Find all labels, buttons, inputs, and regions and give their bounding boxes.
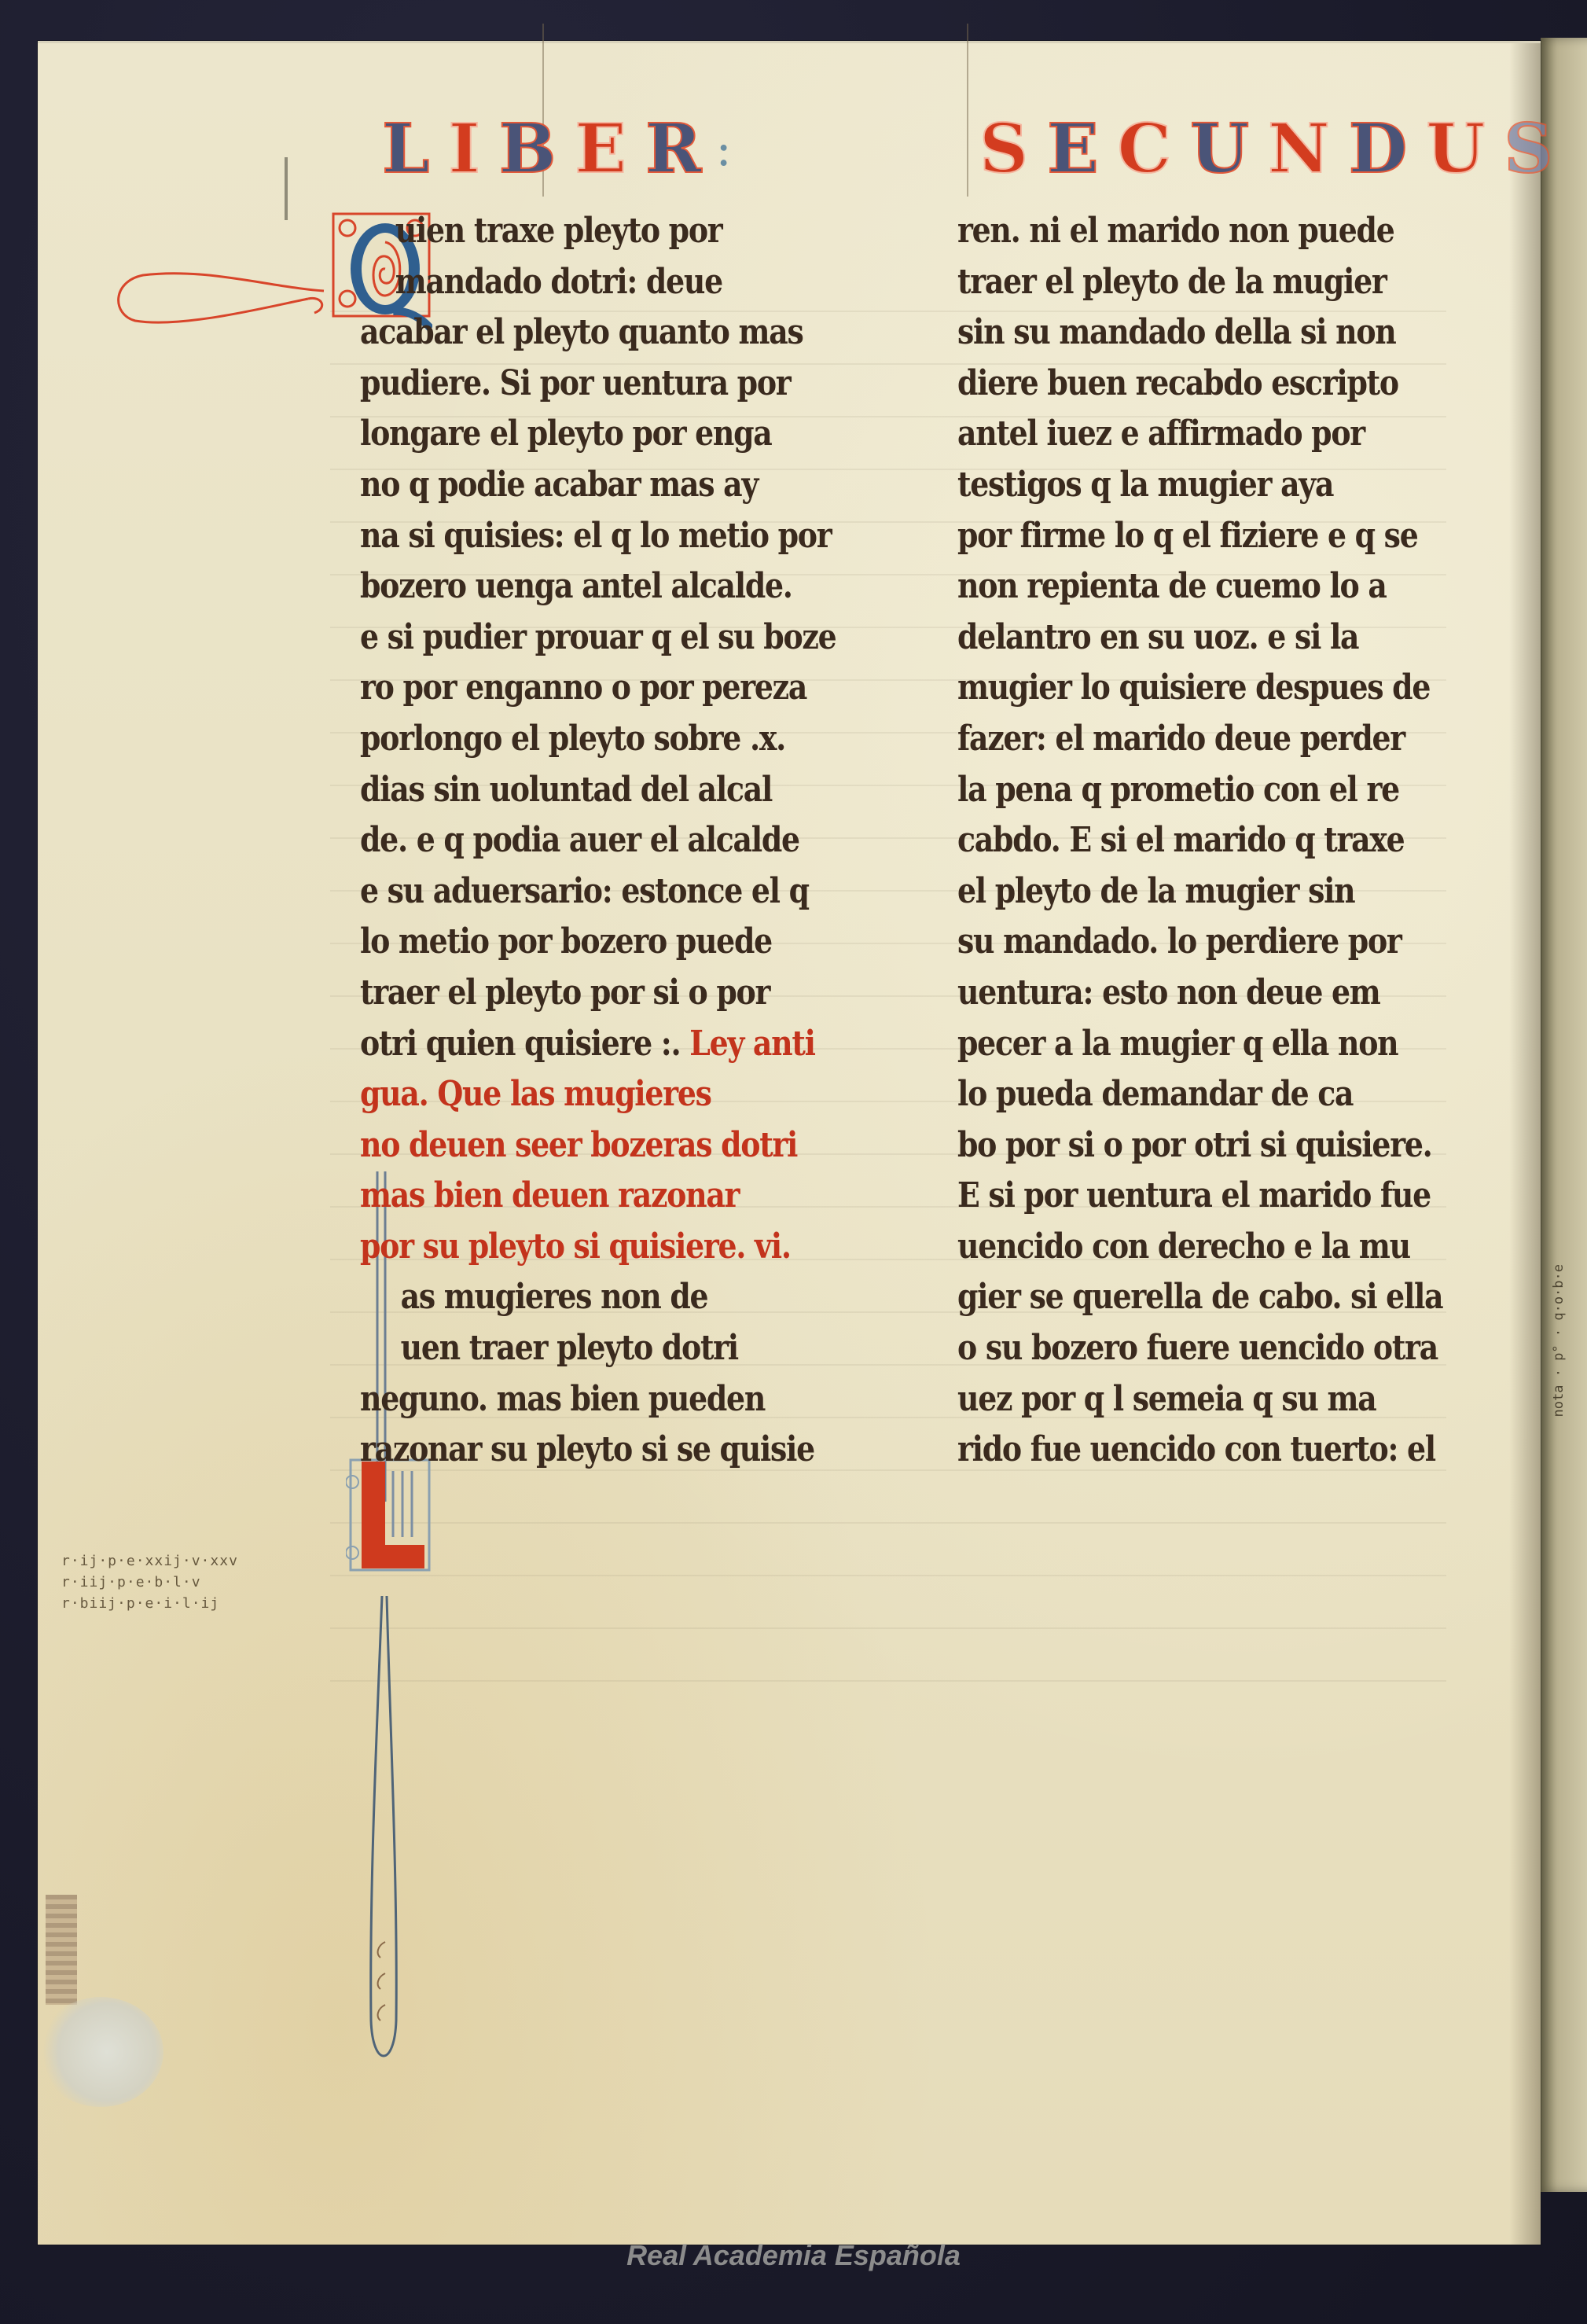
rubric-line: por su pleyto si quisiere. vi. — [360, 1222, 847, 1273]
text-line: e su aduersario: estonce el q — [360, 866, 847, 917]
heading-letter: S — [975, 110, 1034, 189]
text-line: longare el pleyto por enga — [360, 409, 847, 460]
svg-text:L: L — [385, 1521, 386, 1522]
text-line: e si pudier prouar q el su boze — [360, 612, 847, 664]
heading-letter: B — [494, 110, 563, 189]
text-line: lo metio por bozero puede — [360, 917, 847, 968]
text-line: la pena q prometio con el re — [957, 765, 1417, 816]
text-line: bo por si o por otri si quisiere. — [957, 1120, 1417, 1171]
text-line: uez por q l semeia q su ma — [957, 1374, 1417, 1425]
text-line: uen traer pleyto dotri — [360, 1323, 847, 1374]
text-line: no q podie acabar mas ay — [360, 460, 847, 511]
text-line: ro por enganno o por pereza — [360, 663, 847, 714]
text-line: de. e q podia auer el alcalde — [360, 815, 847, 866]
text-line: delantro en su uoz. e si la — [957, 612, 1417, 664]
heading-letter: D — [1344, 110, 1414, 189]
text-line: bozero uenga antel alcalde. — [360, 561, 847, 612]
margin-tick-mark — [285, 157, 288, 220]
red-penwork-flourish-icon — [112, 267, 332, 330]
heading-letter: E — [1042, 110, 1105, 189]
text-line: antel iuez e affirmado por — [957, 409, 1417, 460]
right-margin-note: nota · p° · q·o·b·e — [1550, 1264, 1587, 1417]
text-line: uencido con derecho e la mu — [957, 1222, 1417, 1273]
text-line: as mugieres non de — [360, 1272, 847, 1323]
heading-letter: I — [443, 110, 486, 189]
annotation-line: r·biij·p·e·i·l·ij — [61, 1593, 313, 1614]
text-line: fazer: el marido deue perder — [957, 714, 1417, 765]
text-line: mugier lo quisiere despues de — [957, 663, 1417, 714]
text-column-left: uien traxe pleyto por mandado dotri: deu… — [360, 206, 926, 1476]
text-line: ren. ni el marido non puede — [957, 206, 1417, 257]
text-line: por firme lo q el fiziere e q se — [957, 511, 1417, 562]
institution-watermark: Real Academia Española — [0, 2239, 1587, 2272]
rubric-line: no deuen seer bozeras dotri — [360, 1120, 847, 1171]
text-line: pecer a la mugier q ella non — [957, 1019, 1417, 1070]
text-line: uentura: esto non deue em — [957, 968, 1417, 1019]
text-line: sin su mandado della si non — [957, 307, 1417, 359]
annotation-line: r·ij·p·e·xxij·v·xxv — [61, 1550, 313, 1572]
marginal-annotation: r·ij·p·e·xxij·v·xxv r·iij·p·e·b·l·v r·bi… — [61, 1550, 313, 1614]
text-line: porlongo el pleyto sobre .x. — [360, 714, 847, 765]
parchment-repair-patch — [38, 1997, 163, 2107]
heading-letter: L — [377, 110, 435, 189]
illuminated-initial-l-icon: L — [346, 1458, 432, 1584]
text-line: razonar su pleyto si se quisie — [360, 1425, 847, 1476]
heading-letter: R — [641, 110, 707, 189]
heading-letter: C — [1113, 110, 1177, 189]
heading-letter: U — [1421, 110, 1491, 189]
text-line: pudiere. Si por uentura por — [360, 359, 847, 410]
heading-letter: E — [570, 110, 633, 189]
rubric-fragment: Ley anti — [689, 1024, 814, 1064]
heading-punctuation: : — [715, 122, 731, 177]
text-line: gier se querella de cabo. si ella — [957, 1272, 1417, 1323]
fold-crease — [967, 24, 968, 197]
text-line: acabar el pleyto quanto mas — [360, 307, 847, 359]
parchment-damage — [46, 1895, 77, 2005]
text-line: E si por uentura el marido fue — [957, 1171, 1417, 1222]
text-line: su mandado. lo perdiere por — [957, 917, 1417, 968]
text-fragment: otri quien quisiere :. — [360, 1024, 680, 1064]
text-line: traer el pleyto de la mugier — [957, 257, 1417, 308]
annotation-line: r·iij·p·e·b·l·v — [61, 1572, 313, 1593]
text-line: non repienta de cuemo lo a — [957, 561, 1417, 612]
text-line: mandado dotri: deue — [360, 257, 847, 308]
text-line: cabdo. E si el marido q traxe — [957, 815, 1417, 866]
text-line: testigos q la mugier aya — [957, 460, 1417, 511]
text-line: na si quisies: el q lo metio por — [360, 511, 847, 562]
heading-letter: N — [1263, 110, 1336, 189]
text-line: neguno. mas bien pueden — [360, 1374, 847, 1425]
running-heading-secundus: S E C U N D U S — [975, 110, 1559, 189]
text-line: uien traxe pleyto por — [360, 206, 847, 257]
text-line: diere buen recabdo escripto — [957, 359, 1417, 410]
text-line: dias sin uoluntad del alcal — [360, 765, 847, 816]
rubric-line: mas bien deuen razonar — [360, 1171, 847, 1222]
heading-letter: U — [1185, 110, 1255, 189]
text-line: o su bozero fuere uencido otra — [957, 1323, 1417, 1374]
heading-letter: S — [1499, 110, 1559, 189]
text-column-right: ren. ni el marido non puede traer el ple… — [957, 206, 1492, 1476]
text-line: lo pueda demandar de ca — [957, 1069, 1417, 1120]
text-line: el pleyto de la mugier sin — [957, 866, 1417, 917]
adjacent-page-edge: nota · p° · q·o·b·e — [1541, 38, 1587, 2192]
text-line-with-rubric: otri quien quisiere :. Ley anti — [360, 1019, 847, 1070]
text-line: traer el pleyto por si o por — [360, 968, 847, 1019]
text-line: rido fue uencido con tuerto: el — [957, 1425, 1417, 1476]
rubric-line: gua. Que las mugieres — [360, 1069, 847, 1120]
running-heading-liber: L I B E R : — [377, 110, 732, 189]
